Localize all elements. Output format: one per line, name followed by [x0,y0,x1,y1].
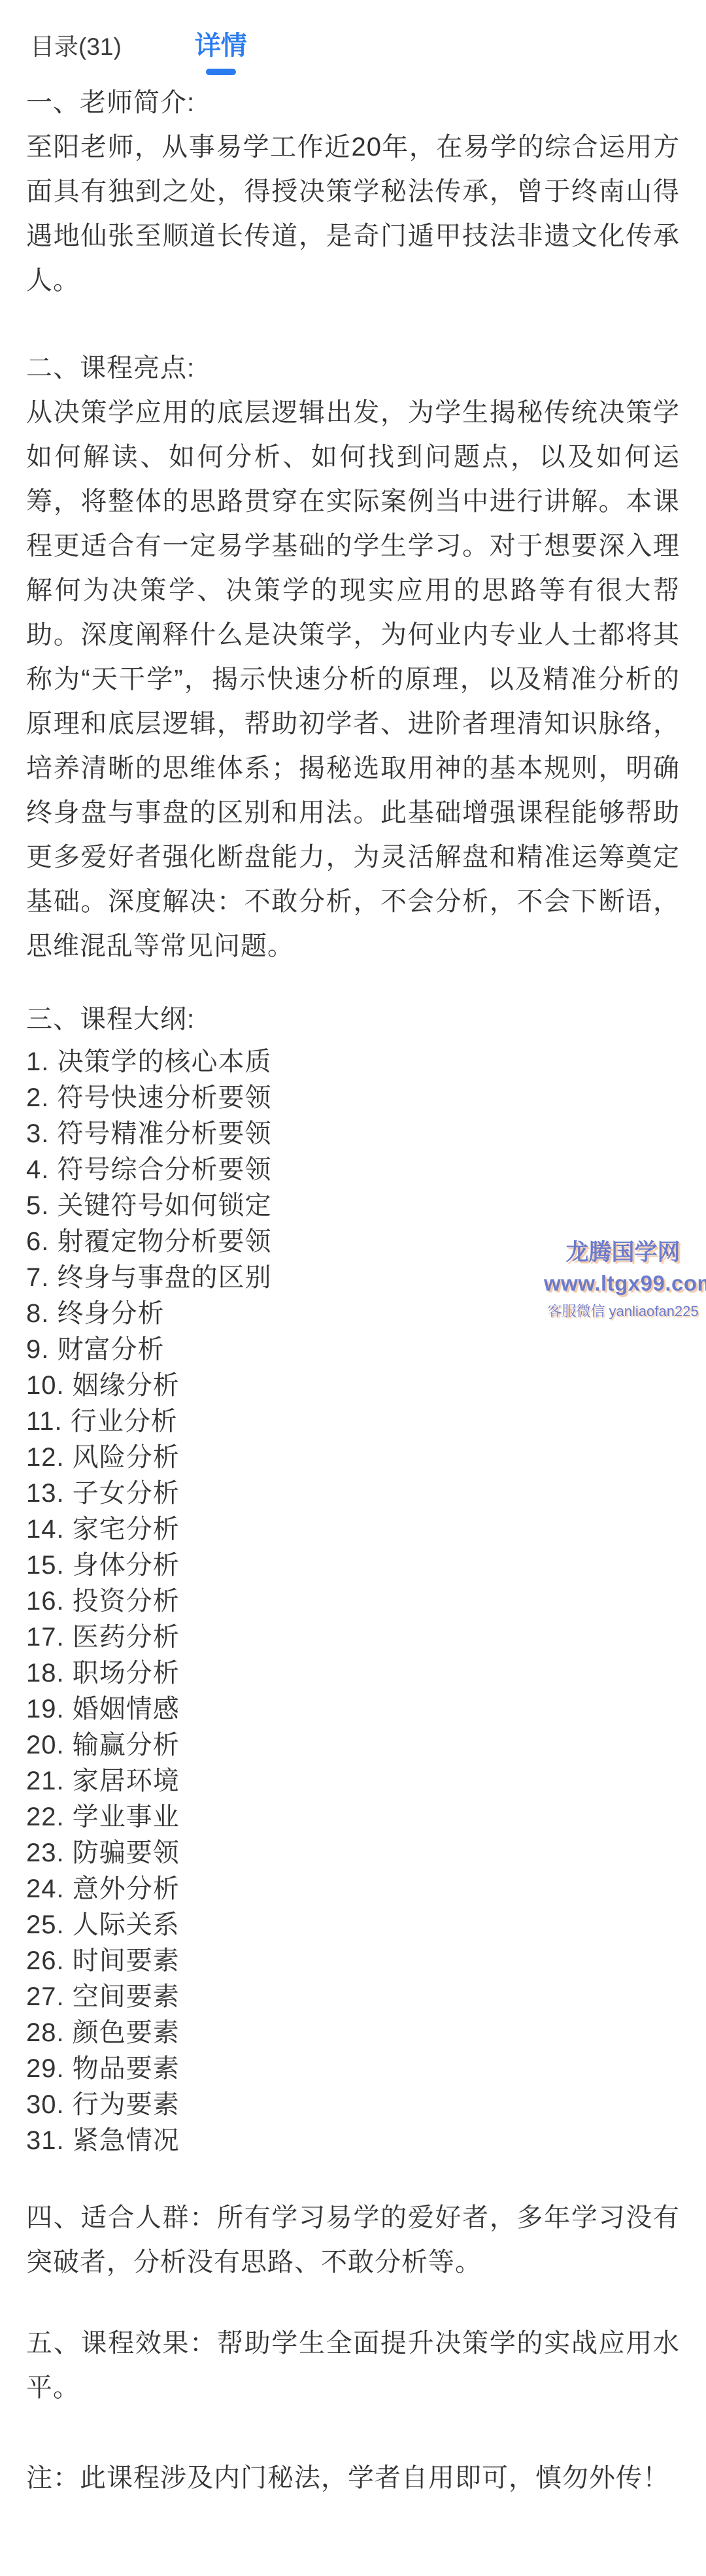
tab-bar: 目录(31) 详情 [0,0,706,80]
outline-section-heading: 三、课程大纲: [26,997,680,1042]
outline-item: 29. 物品要素 [26,2051,680,2087]
outline-item: 25. 人际关系 [26,1907,680,1943]
outline-item: 6. 射覆定物分析要领 [26,1224,680,1260]
section-effect: 五、课程效果：帮助学生全面提升决策学的实战应用水平。 [26,2321,680,2410]
section-audience: 四、适合人群：所有学习易学的爱好者，多年学习没有突破者，分析没有思路、不敢分析等… [26,2195,680,2284]
detail-content: 一、老师简介: 至阳老师，从事易学工作近20年，在易学的综合运用方面具有独到之处… [0,80,706,2500]
audience-paragraph: 四、适合人群：所有学习易学的爱好者，多年学习没有突破者，分析没有思路、不敢分析等… [26,2195,680,2284]
effect-paragraph: 五、课程效果：帮助学生全面提升决策学的实战应用水平。 [26,2321,680,2410]
outline-item: 3. 符号精准分析要领 [26,1116,680,1152]
teacher-section-heading: 一、老师简介: [26,80,680,125]
outline-list: 1. 决策学的核心本质 2. 符号快速分析要领 3. 符号精准分析要领 4. 符… [26,1044,680,2159]
tab-detail[interactable]: 详情 [195,25,247,80]
outline-item: 2. 符号快速分析要领 [26,1080,680,1116]
outline-item: 17. 医药分析 [26,1619,680,1655]
outline-item: 23. 防骗要领 [26,1835,680,1871]
outline-item: 19. 婚姻情感 [26,1691,680,1727]
outline-item: 24. 意外分析 [26,1871,680,1907]
section-outline: 三、课程大纲: 1. 决策学的核心本质 2. 符号快速分析要领 3. 符号精准分… [26,997,680,2159]
outline-item: 26. 时间要素 [26,1943,680,1979]
section-highlights: 二、课程亮点: 从决策学应用的底层逻辑出发，为学生揭秘传统决策学如何解读、如何分… [26,346,680,968]
outline-item: 10. 姻缘分析 [26,1368,680,1404]
outline-item: 30. 行为要素 [26,2087,680,2123]
outline-item: 14. 家宅分析 [26,1512,680,1548]
outline-item: 13. 子女分析 [26,1476,680,1512]
outline-item: 16. 投资分析 [26,1584,680,1619]
outline-item: 22. 学业事业 [26,1799,680,1835]
section-teacher: 一、老师简介: 至阳老师，从事易学工作近20年，在易学的综合运用方面具有独到之处… [26,80,680,303]
outline-item: 18. 职场分析 [26,1655,680,1691]
highlights-paragraph: 从决策学应用的底层逻辑出发，为学生揭秘传统决策学如何解读、如何分析、如何找到问题… [26,390,680,968]
outline-item: 11. 行业分析 [26,1404,680,1440]
active-tab-indicator [206,69,236,75]
outline-item: 28. 颜色要素 [26,2015,680,2051]
outline-item: 1. 决策学的核心本质 [26,1044,680,1080]
outline-item: 8. 终身分析 [26,1296,680,1332]
teacher-intro-paragraph: 至阳老师，从事易学工作近20年，在易学的综合运用方面具有独到之处，得授决策学秘法… [26,125,680,303]
highlights-section-heading: 二、课程亮点: [26,346,680,390]
tab-catalog-label: 目录(31) [30,33,122,60]
outline-item: 7. 终身与事盘的区别 [26,1260,680,1296]
outline-item: 5. 关键符号如何锁定 [26,1188,680,1224]
section-secrecy-note: 注：此课程涉及内门秘法，学者自用即可，慎勿外传！ [26,2456,680,2500]
tab-detail-label: 详情 [195,31,247,60]
secrecy-note-paragraph: 注：此课程涉及内门秘法，学者自用即可，慎勿外传！ [26,2456,680,2500]
outline-item: 9. 财富分析 [26,1332,680,1368]
outline-item: 12. 风险分析 [26,1440,680,1476]
outline-item: 15. 身体分析 [26,1548,680,1584]
course-detail-page: 目录(31) 详情 一、老师简介: 至阳老师，从事易学工作近20年，在易学的综合… [0,0,706,2576]
outline-item: 21. 家居环境 [26,1763,680,1799]
outline-item: 4. 符号综合分析要领 [26,1152,680,1188]
outline-item: 20. 输赢分析 [26,1727,680,1763]
outline-item: 31. 紧急情况 [26,2123,680,2159]
tab-catalog[interactable]: 目录(31) [30,27,122,80]
outline-item: 27. 空间要素 [26,1979,680,2015]
